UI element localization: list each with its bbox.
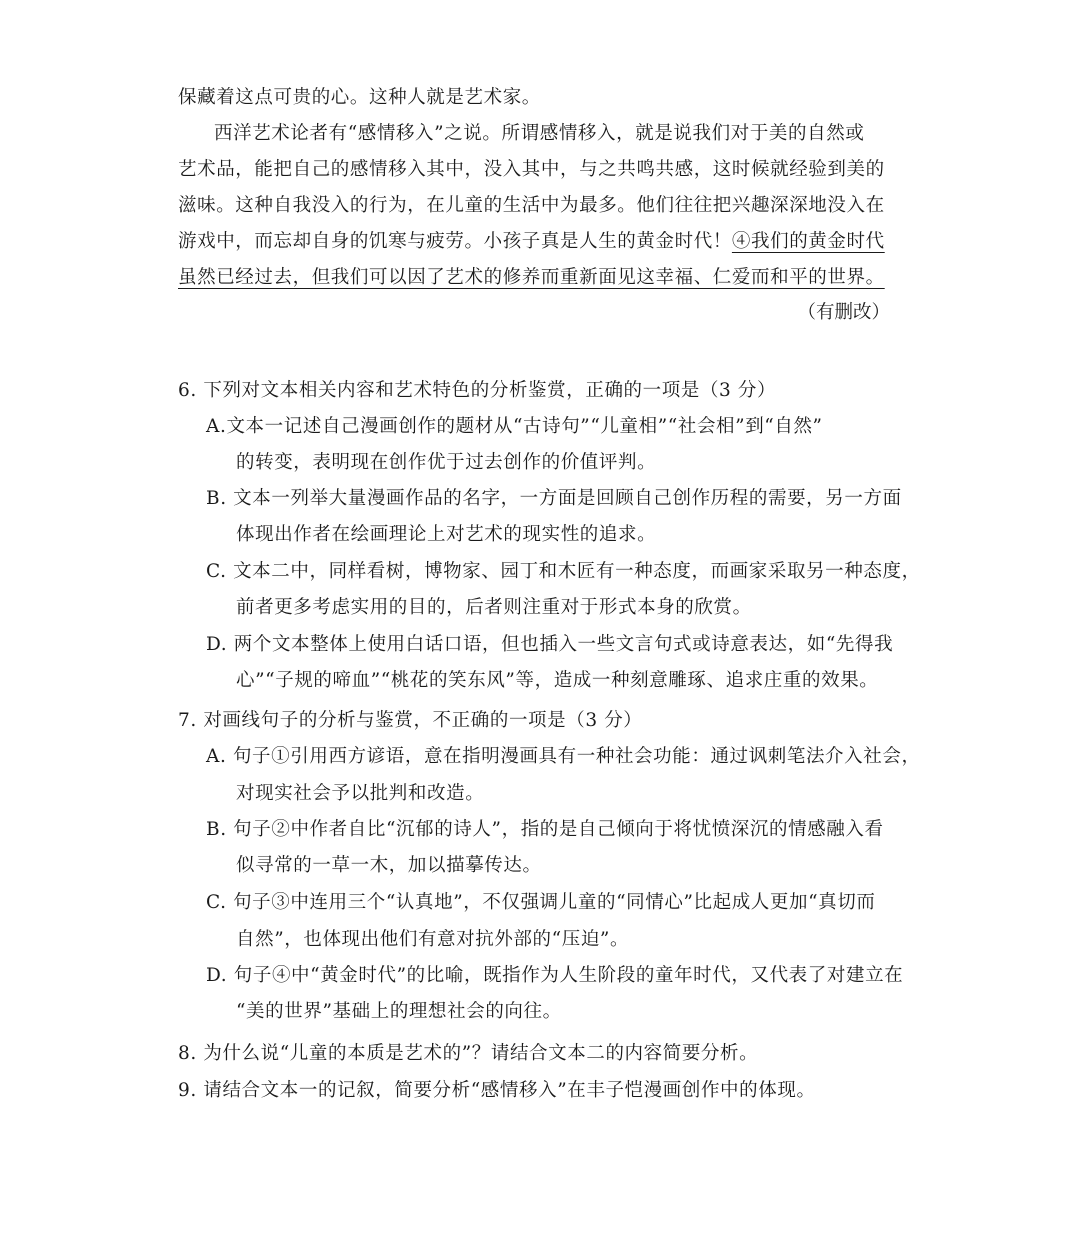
question-6: 6. 下列对文本相关内容和艺术特色的分析鉴赏，正确的一项是（3 分） — [178, 378, 776, 404]
option-label: D. — [206, 965, 227, 986]
passage-line: 西洋艺术论者有“感情移入”之说。所谓感情移入，就是说我们对于美的自然或 — [214, 121, 864, 147]
q7-option-c: C. 句子③中连用三个“认真地”，不仅强调儿童的“同情心”比起成人更加“真切而 — [206, 890, 875, 916]
underlined-sentence-4-cont: 虽然已经过去，但我们可以因了艺术的修养而重新面见这幸福、仁爱而和平的世界。 — [178, 265, 885, 291]
q7-option-d-cont: “美的世界”基础上的理想社会的向往。 — [236, 999, 562, 1025]
question-stem: 为什么说“儿童的本质是艺术的”？请结合文本二的内容简要分析。 — [203, 1043, 758, 1064]
q6-option-d-cont: 心”“子规的啼血”“桃花的笑东风”等，造成一种刻意雕琢、追求庄重的效果。 — [236, 668, 878, 694]
q7-option-b-cont: 似寻常的一草一木，加以描摹传达。 — [236, 853, 542, 879]
q7-option-a: A. 句子①引用西方谚语，意在指明漫画具有一种社会功能：通过讽刺笔法介入社会， — [206, 744, 921, 770]
question-number: 9. — [178, 1080, 197, 1101]
option-label: C. — [206, 892, 227, 913]
option-label: C. — [206, 561, 227, 582]
q7-option-d: D. 句子④中“黄金时代”的比喻，既指作为人生阶段的童年时代，又代表了对建立在 — [206, 963, 903, 989]
question-stem: 请结合文本一的记叙，简要分析“感情移入”在丰子恺漫画创作中的体现。 — [203, 1080, 815, 1101]
underlined-sentence-4: ④我们的黄金时代 — [732, 231, 885, 252]
question-number: 7. — [178, 710, 197, 731]
passage-line: 保藏着这点可贵的心。这种人就是艺术家。 — [178, 85, 541, 111]
passage-text: 游戏中，而忘却自身的饥寒与疲劳。小孩子真是人生的黄金时代！ — [178, 231, 732, 252]
option-text: 文本二中，同样看树，博物家、园丁和木匠有一种态度，而画家采取另一种态度， — [233, 561, 921, 582]
option-label: D. — [206, 634, 227, 655]
option-label: B. — [206, 488, 227, 509]
question-stem: 对画线句子的分析与鉴赏，不正确的一项是（3 分） — [203, 710, 642, 731]
option-label: A. — [206, 746, 226, 767]
option-text: 句子③中连用三个“认真地”，不仅强调儿童的“同情心”比起成人更加“真切而 — [233, 892, 875, 913]
q6-option-a-cont: 的转变，表明现在创作优于过去创作的价值评判。 — [236, 450, 656, 476]
question-9: 9. 请结合文本一的记叙，简要分析“感情移入”在丰子恺漫画创作中的体现。 — [178, 1078, 816, 1104]
q7-option-b: B. 句子②中作者自比“沉郁的诗人”，指的是自己倾向于将忧愤深沉的情感融入看 — [206, 817, 884, 843]
passage-line: 艺术品，能把自己的感情移入其中，没入其中，与之共鸣共感，这时候就经验到美的 — [178, 157, 885, 183]
option-text: 两个文本整体上使用白话口语，但也插入一些文言句式或诗意表达，如“先得我 — [234, 634, 893, 655]
passage-line: 游戏中，而忘却自身的饥寒与疲劳。小孩子真是人生的黄金时代！④我们的黄金时代 — [178, 229, 885, 255]
option-text: 文本一记述自己漫画创作的题材从“古诗句”“儿童相”“社会相”到“自然” — [226, 416, 822, 437]
option-text: 句子①引用西方谚语，意在指明漫画具有一种社会功能：通过讽刺笔法介入社会， — [233, 746, 921, 767]
option-text: 句子②中作者自比“沉郁的诗人”，指的是自己倾向于将忧愤深沉的情感融入看 — [233, 819, 883, 840]
q6-option-b-cont: 体现出作者在绘画理论上对艺术的现实性的追求。 — [236, 522, 656, 548]
question-8: 8. 为什么说“儿童的本质是艺术的”？请结合文本二的内容简要分析。 — [178, 1041, 758, 1067]
q7-option-c-cont: 自然”，也体现出他们有意对抗外部的“压迫”。 — [236, 927, 629, 953]
question-7: 7. 对画线句子的分析与鉴赏，不正确的一项是（3 分） — [178, 708, 642, 734]
option-label: A. — [206, 416, 226, 437]
option-text: 句子④中“黄金时代”的比喻，既指作为人生阶段的童年时代，又代表了对建立在 — [234, 965, 904, 986]
q6-option-c-cont: 前者更多考虑实用的目的，后者则注重对于形式本身的欣赏。 — [236, 595, 752, 621]
passage-line: 滋味。这种自我没入的行为，在儿童的生活中为最多。他们往往把兴趣深深地没入在 — [178, 193, 885, 219]
source-note: （有删改） — [797, 300, 890, 326]
question-stem: 下列对文本相关内容和艺术特色的分析鉴赏，正确的一项是（3 分） — [203, 380, 776, 401]
option-text: 文本一列举大量漫画作品的名字，一方面是回顾自己创作历程的需要，另一方面 — [233, 488, 902, 509]
q6-option-b: B. 文本一列举大量漫画作品的名字，一方面是回顾自己创作历程的需要，另一方面 — [206, 486, 902, 512]
question-number: 8. — [178, 1043, 197, 1064]
q6-option-a: A.文本一记述自己漫画创作的题材从“古诗句”“儿童相”“社会相”到“自然” — [206, 414, 823, 440]
question-number: 6. — [178, 380, 197, 401]
q6-option-d: D. 两个文本整体上使用白话口语，但也插入一些文言句式或诗意表达，如“先得我 — [206, 632, 893, 658]
q7-option-a-cont: 对现实社会予以批判和改造。 — [236, 781, 484, 807]
option-label: B. — [206, 819, 227, 840]
q6-option-c: C. 文本二中，同样看树，博物家、园丁和木匠有一种态度，而画家采取另一种态度， — [206, 559, 921, 585]
